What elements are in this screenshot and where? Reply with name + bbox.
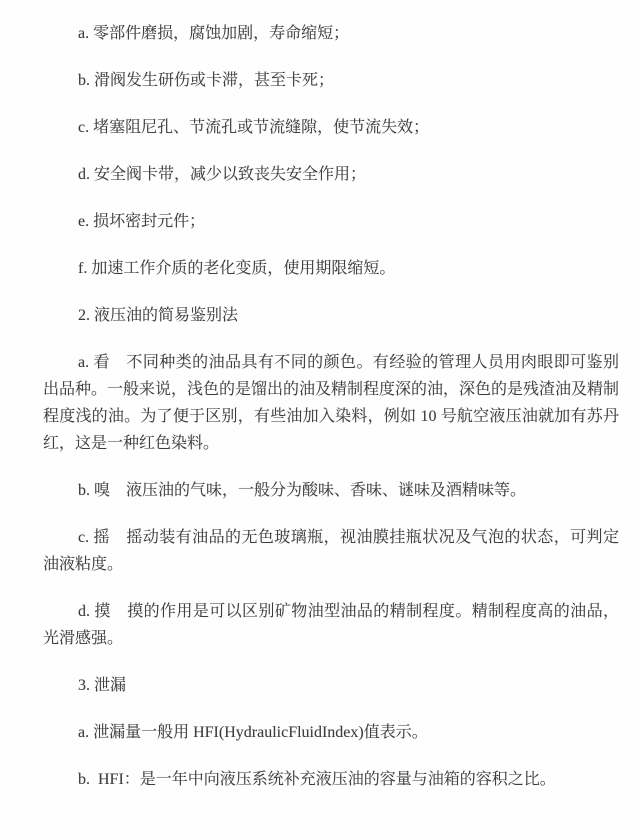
heading-2-identification: 2. 液压油的简易鉴别法 xyxy=(43,302,619,329)
list-item-a-wear: a. 零部件磨损，腐蚀加剧，寿命缩短； xyxy=(43,20,619,47)
heading-3-leakage: 3. 泄漏 xyxy=(43,672,619,699)
list-item-c-orifice-clog: c. 堵塞阻尼孔、节流孔或节流缝隙，使节流失效； xyxy=(43,114,619,141)
paragraph-b-hfi-definition: b. HFI：是一年中向液压系统补充液压油的容量与油箱的容积之比。 xyxy=(43,766,619,793)
document-page: a. 零部件磨损，腐蚀加剧，寿命缩短； b. 滑阀发生研伤或卡滞，甚至卡死； c… xyxy=(0,0,636,839)
list-item-e-seal-damage: e. 损坏密封元件； xyxy=(43,208,619,235)
list-item-f-aging: f. 加速工作介质的老化变质，使用期限缩短。 xyxy=(43,255,619,282)
list-item-d-safety-valve: d. 安全阀卡带，减少以致丧失安全作用； xyxy=(43,161,619,188)
paragraph-a-look: a. 看 不同种类的油品具有不同的颜色。有经验的管理人员用肉眼即可鉴别出品种。一… xyxy=(43,349,619,457)
paragraph-b-smell: b. 嗅 液压油的气味，一般分为酸味、香味、谜味及酒精味等。 xyxy=(43,477,619,504)
paragraph-a-hfi-value: a. 泄漏量一般用 HFI(HydraulicFluidIndex)值表示。 xyxy=(43,719,619,746)
paragraph-d-touch: d. 摸 摸的作用是可以区别矿物油型油品的精制程度。精制程度高的油品，光滑感强。 xyxy=(43,598,619,652)
paragraph-c-shake: c. 摇 摇动装有油品的无色玻璃瓶，视油膜挂瓶状况及气泡的状态，可判定油液粘度。 xyxy=(43,524,619,578)
list-item-b-valve-scuffing: b. 滑阀发生研伤或卡滞，甚至卡死； xyxy=(43,67,619,94)
